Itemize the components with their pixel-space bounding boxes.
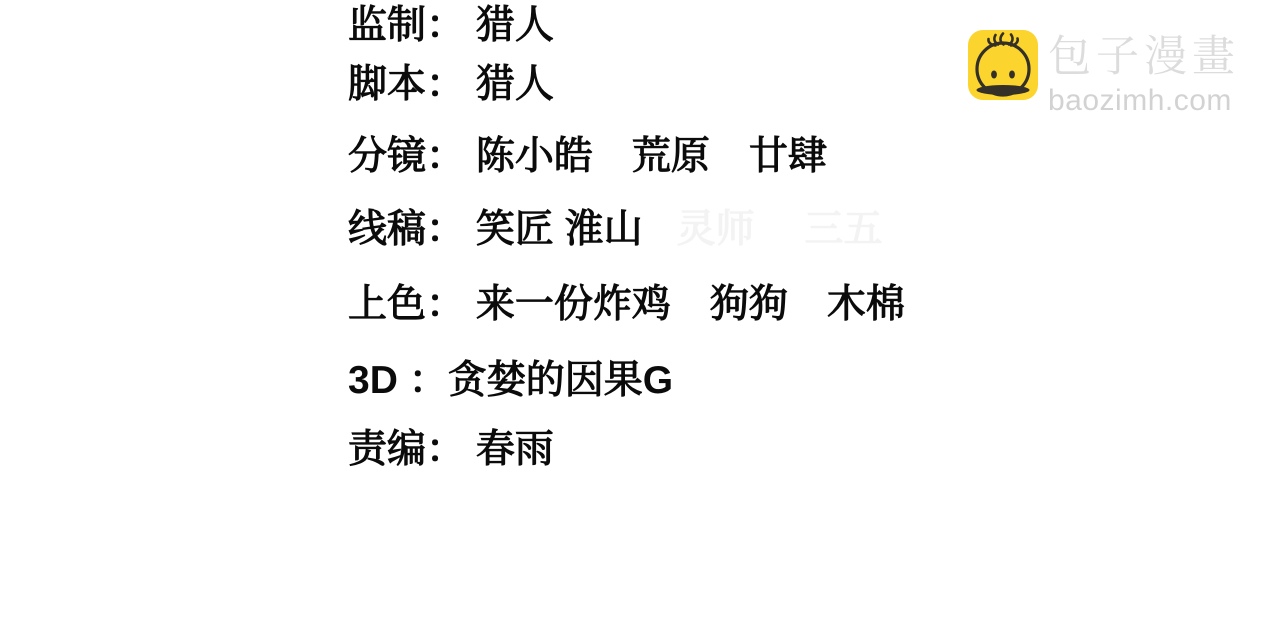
credit-line-editor: 责编： 春雨 xyxy=(348,428,554,473)
credit-line-lineart: 线稿： 笑匠 淮山灵师 三五 xyxy=(348,208,883,253)
credit-text: 线稿： 笑匠 淮山 xyxy=(348,208,643,251)
watermark-site-url: baozimh.com xyxy=(1048,86,1240,116)
watermark-text: 包子漫畫 baozimh.com xyxy=(1048,30,1240,116)
baozi-bun-icon xyxy=(968,30,1038,100)
credit-line-storyboard: 分镜： 陈小皓 荒原 廿肆 xyxy=(348,135,827,180)
credit-text: 上色： 来一份炸鸡 狗狗 木棉 xyxy=(348,283,905,326)
credit-text-faded: 灵师 三五 xyxy=(677,208,883,251)
bun-left-eye xyxy=(991,71,997,79)
comic-credits-page: 监制： 猎人 脚本： 猎人 分镜： 陈小皓 荒原 廿肆 线稿： 笑匠 淮山灵师 … xyxy=(0,0,1280,625)
watermark-site-name: 包子漫畫 xyxy=(1048,36,1240,79)
credit-line-script: 脚本： 猎人 xyxy=(348,63,554,108)
bun-shadow xyxy=(977,85,1030,95)
credit-text: 责编： 春雨 xyxy=(348,428,554,471)
credit-text: 脚本： 猎人 xyxy=(348,63,554,106)
credit-line-supervisor: 监制： 猎人 xyxy=(348,4,554,49)
site-watermark: 包子漫畫 baozimh.com xyxy=(968,30,1240,116)
credit-line-coloring: 上色： 来一份炸鸡 狗狗 木棉 xyxy=(348,283,905,328)
credit-line-3d: 3D ：贪婪的因果G xyxy=(348,359,673,404)
bun-right-eye xyxy=(1009,71,1015,79)
credit-text: 3D ：贪婪的因果G xyxy=(348,359,673,402)
credit-text: 监制： 猎人 xyxy=(348,4,554,47)
credit-text: 分镜： 陈小皓 荒原 廿肆 xyxy=(348,135,827,178)
